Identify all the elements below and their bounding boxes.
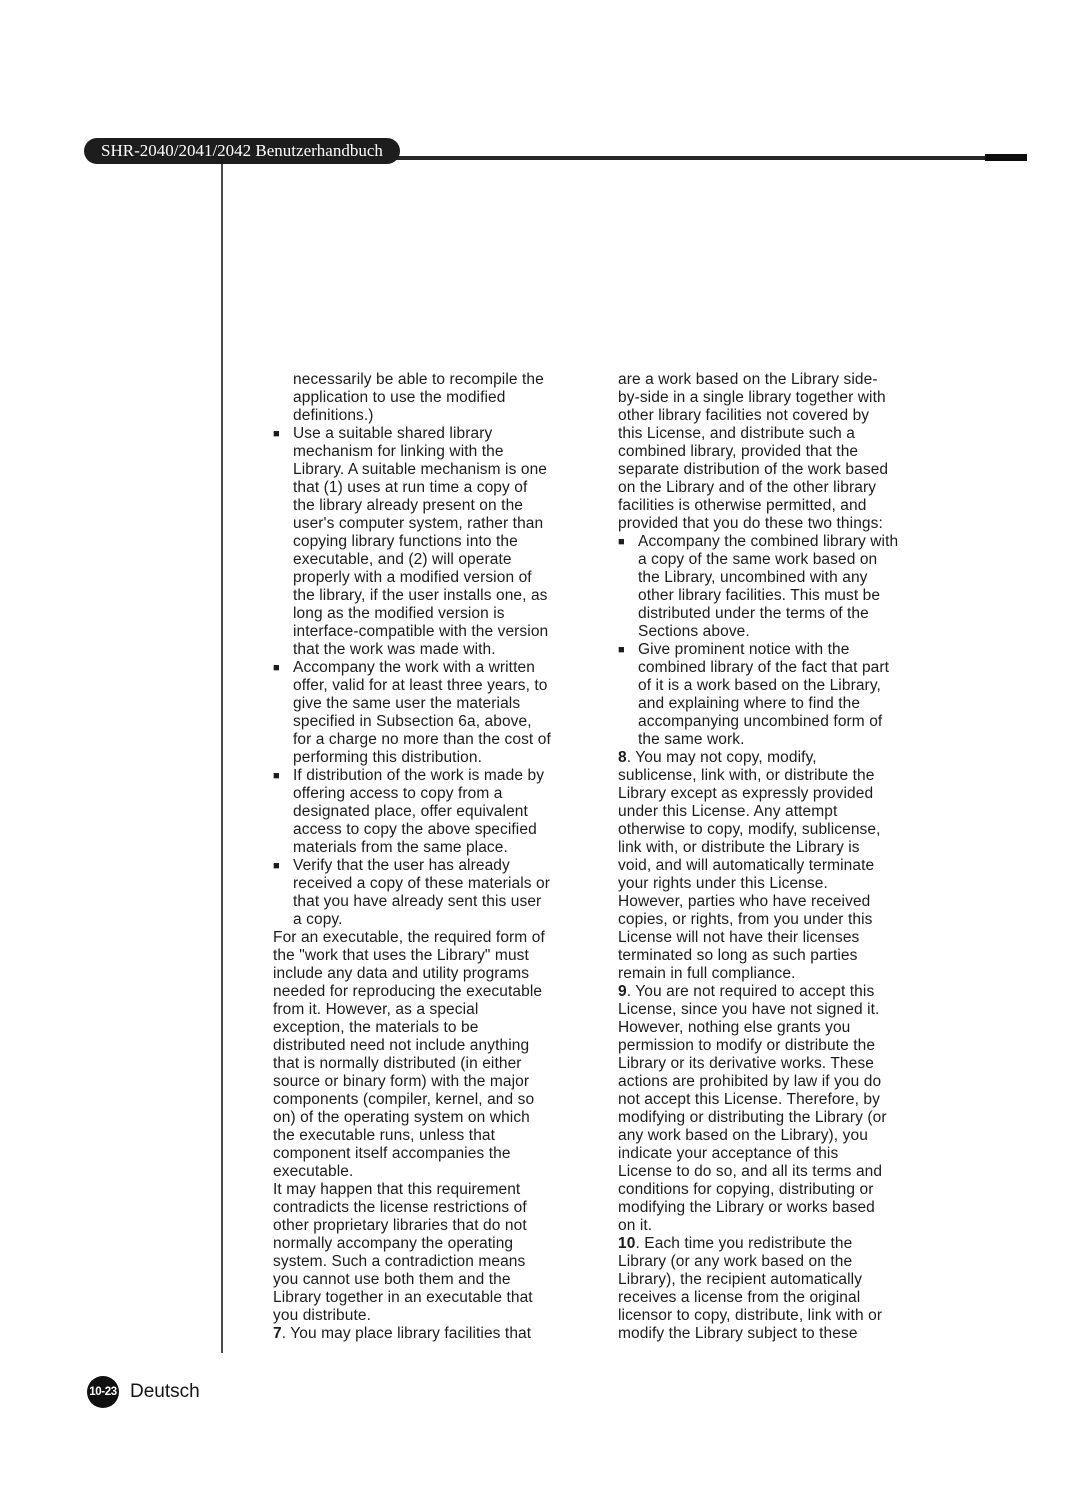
license-bullet-item: ■Give prominent notice with the combined… [618,641,948,749]
manual-page: SHR-2040/2041/2042 Benutzerhandbuch nece… [0,0,1080,1490]
text-column-left: necessarily be able to recompile the app… [273,371,603,1343]
license-paragraph-continuation: necessarily be able to recompile the app… [273,371,603,425]
page-footer: 10-23 Deutsch [87,1376,200,1408]
license-text-columns: necessarily be able to recompile the app… [273,371,951,1343]
section-number: 9 [618,983,627,1000]
header-model-badge: SHR-2040/2041/2042 Benutzerhandbuch [84,138,400,164]
section-number: 7 [273,1325,282,1342]
bullet-square-icon: ■ [273,659,293,677]
bullet-square-icon: ■ [618,641,638,659]
bullet-square-icon: ■ [618,533,638,551]
license-paragraph: It may happen that this requirement cont… [273,1181,603,1325]
license-bullet-item: ■Use a suitable shared library mechanism… [273,425,603,659]
page-number-badge: 10-23 [87,1376,119,1408]
license-numbered-section: 7. You may place library facilities that [273,1325,603,1343]
bullet-square-icon: ■ [273,857,293,875]
text-column-right: are a work based on the Library side- by… [618,371,948,1343]
license-numbered-section: 10. Each time you redistribute the Libra… [618,1235,948,1343]
license-bullet-item: ■If distribution of the work is made by … [273,767,603,857]
license-paragraph: are a work based on the Library side- by… [618,371,948,533]
section-number: 10 [618,1235,635,1252]
license-bullet-item: ■Accompany the combined library with a c… [618,533,948,641]
bullet-square-icon: ■ [273,425,293,443]
bullet-square-icon: ■ [273,767,293,785]
section-number: 8 [618,749,627,766]
margin-rule [221,160,223,1353]
license-paragraph: For an executable, the required form of … [273,929,603,1181]
header-rule [300,156,1027,160]
language-label: Deutsch [130,1381,200,1403]
license-numbered-section: 8. You may not copy, modify, sublicense,… [618,749,948,983]
license-bullet-item: ■Accompany the work with a written offer… [273,659,603,767]
license-bullet-item: ■Verify that the user has already receiv… [273,857,603,929]
license-numbered-section: 9. You are not required to accept this L… [618,983,948,1235]
